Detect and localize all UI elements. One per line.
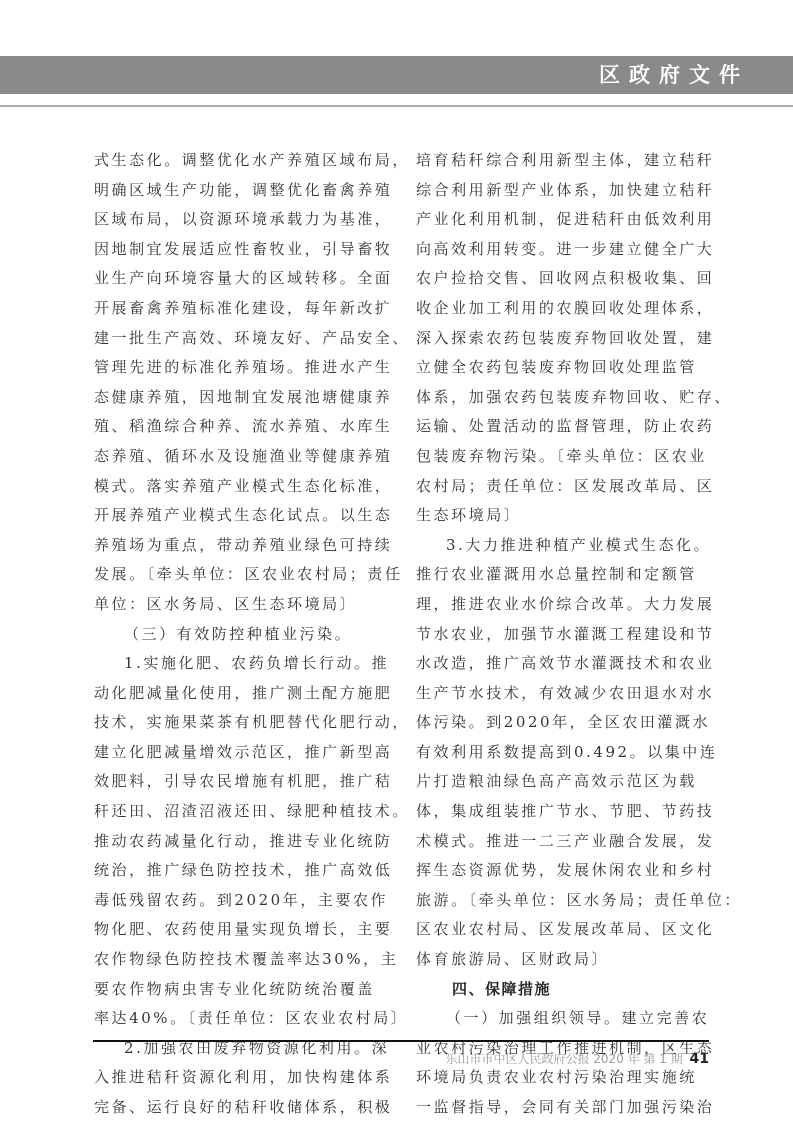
text-line: 态健康养殖，因地制宜发展池塘健康养 — [94, 383, 394, 413]
text-line: 因地制宜发展适应性畜牧业，引导畜牧 — [94, 235, 394, 265]
text-line: 开展畜禽养殖标准化建设，每年新改扩 — [94, 294, 394, 324]
text-line: 旅游。〔牵头单位：区水务局；责任单位： — [416, 886, 716, 916]
text-line: 产业化利用机制，促进秸秆由低效利用 — [416, 205, 716, 235]
section-header-band: 区政府文件 — [0, 56, 793, 94]
text-line: 生态环境局〕 — [416, 501, 716, 531]
footer-divider — [93, 1040, 709, 1042]
page-footer: 乐山市市中区人民政府公报 2020 年 第 1 期 41 — [445, 1050, 709, 1067]
text-line: 收企业加工利用的农膜回收处理体系， — [416, 294, 716, 324]
text-line: 推动农药减量化行动，推进专业化统防 — [94, 827, 394, 857]
text-line: 体育旅游局、区财政局〕 — [416, 945, 716, 975]
text-line: 入推进秸秆资源化利用，加快构建体系 — [94, 1063, 394, 1093]
text-line: 模式。落实养殖产业模式生态化标准， — [94, 472, 394, 502]
text-line: 殖、稻渔综合种养、流水养殖、水库生 — [94, 412, 394, 442]
text-line: 理，推进农业水价综合改革。大力发展 — [416, 590, 716, 620]
text-line: 发展。〔牵头单位：区农业农村局；责任 — [94, 560, 394, 590]
text-line: 建立化肥减量增效示范区，推广新型高 — [94, 738, 394, 768]
text-line: 技术，实施果菜茶有机肥替代化肥行动， — [94, 708, 394, 738]
text-line: 动化肥减量化使用，推广测土配方施肥 — [94, 679, 394, 709]
section-heading: 四、保障措施 — [416, 975, 716, 1005]
text-line: 培育秸秆综合利用新型主体，建立秸秆 — [416, 146, 716, 176]
text-line: 单位：区水务局、区生态环境局〕 — [94, 590, 394, 620]
text-line: 率达40%。〔责任单位：区农业农村局〕 — [94, 1004, 394, 1034]
page-number: 41 — [690, 1051, 709, 1067]
text-line: 效肥料，引导农民增施有机肥，推广秸 — [94, 767, 394, 797]
text-line: 统治，推广绿色防控技术，推广高效低 — [94, 856, 394, 886]
header-divider — [0, 105, 793, 107]
text-line: 业生产向环境容量大的区域转移。全面 — [94, 264, 394, 294]
text-line: 体，集成组装推广节水、节肥、节药技 — [416, 797, 716, 827]
text-line: 农村局；责任单位：区发展改革局、区 — [416, 472, 716, 502]
text-line: 运输、处置活动的监督管理，防止农药 — [416, 412, 716, 442]
left-text-column: 式生态化。调整优化水产养殖区域布局，明确区域生产功能，调整优化畜禽养殖区域布局，… — [94, 146, 394, 1122]
text-line: 节水农业，加强节水灌溉工程建设和节 — [416, 620, 716, 650]
text-line: 明确区域生产功能，调整优化畜禽养殖 — [94, 176, 394, 206]
text-line: 有效利用系数提高到0.492。以集中连 — [416, 738, 716, 768]
text-line: 片打造粮油绿色高产高效示范区为载 — [416, 767, 716, 797]
text-line: 式生态化。调整优化水产养殖区域布局， — [94, 146, 394, 176]
text-line: 毒低残留农药。到2020年，主要农作 — [94, 886, 394, 916]
text-line: 物化肥、农药使用量实现负增长，主要 — [94, 915, 394, 945]
text-line: 区域布局，以资源环境承载力为基准， — [94, 205, 394, 235]
text-line: （三）有效防控种植业污染。 — [94, 620, 394, 650]
text-line: 深入探索农药包装废弃物回收处置，建 — [416, 324, 716, 354]
text-line: 1.实施化肥、农药负增长行动。推 — [94, 649, 394, 679]
text-line: 体系，加强农药包装废弃物回收、贮存、 — [416, 383, 716, 413]
text-line: 挥生态资源优势，发展休闲农业和乡村 — [416, 856, 716, 886]
right-text-column: 培育秸秆综合利用新型主体，建立秸秆综合利用新型产业体系，加快建立秸秆产业化利用机… — [416, 146, 716, 1122]
text-line: 包装废弃物污染。〔牵头单位：区农业 — [416, 442, 716, 472]
text-line: 一监督指导，会同有关部门加强污染治 — [416, 1093, 716, 1122]
text-line: 环境局负责农业农村污染治理实施统 — [416, 1063, 716, 1093]
text-line: 水改造，推广高效节水灌溉技术和农业 — [416, 649, 716, 679]
text-line: 综合利用新型产业体系，加快建立秸秆 — [416, 176, 716, 206]
text-line: 农作物绿色防控技术覆盖率达30%，主 — [94, 945, 394, 975]
text-line: 秆还田、沼渣沼液还田、绿肥种植技术。 — [94, 797, 394, 827]
text-line: 2.加强农田废弃物资源化利用。深 — [94, 1034, 394, 1064]
text-line: 农户捡拾交售、回收网点积极收集、回 — [416, 264, 716, 294]
text-line: 立健全农药包装废弃物回收处理监管 — [416, 353, 716, 383]
section-title: 区政府文件 — [599, 61, 749, 89]
text-line: 完备、运行良好的秸秆收储体系，积极 — [94, 1093, 394, 1122]
text-line: 3.大力推进种植产业模式生态化。 — [416, 531, 716, 561]
text-line: 开展养殖产业模式生态化试点。以生态 — [94, 501, 394, 531]
text-line: 向高效利用转变。进一步建立健全广大 — [416, 235, 716, 265]
text-line: 管理先进的标准化养殖场。推进水产生 — [94, 353, 394, 383]
publication-info: 乐山市市中区人民政府公报 2020 年 第 1 期 — [445, 1052, 682, 1066]
text-line: 要农作物病虫害专业化统防统治覆盖 — [94, 975, 394, 1005]
text-line: 养殖场为重点，带动养殖业绿色可持续 — [94, 531, 394, 561]
text-line: 术模式。推进一二三产业融合发展，发 — [416, 827, 716, 857]
text-line: 体污染。到2020年，全区农田灌溉水 — [416, 708, 716, 738]
text-line: 态养殖、循环水及设施渔业等健康养殖 — [94, 442, 394, 472]
text-line: （一）加强组织领导。建立完善农 — [416, 1004, 716, 1034]
text-line: 推行农业灌溉用水总量控制和定额管 — [416, 560, 716, 590]
text-line: 建一批生产高效、环境友好、产品安全、 — [94, 324, 394, 354]
text-line: 生产节水技术，有效减少农田退水对水 — [416, 679, 716, 709]
text-line: 区农业农村局、区发展改革局、区文化 — [416, 915, 716, 945]
